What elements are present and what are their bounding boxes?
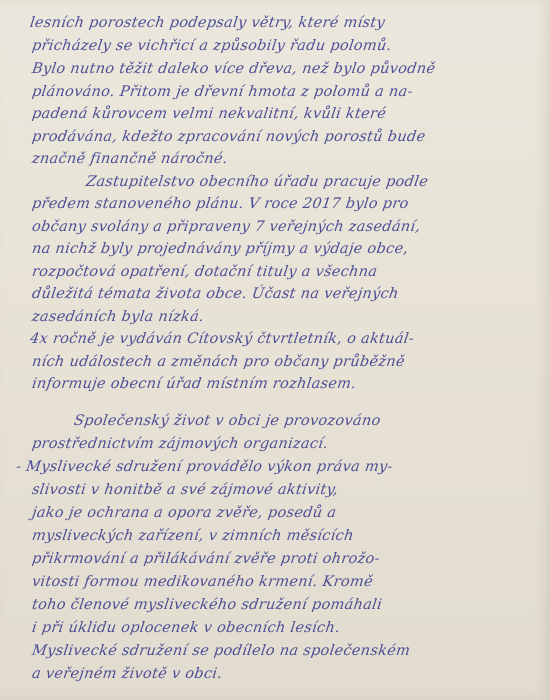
text-line: plánováno. Přitom je dřevní hmota z polo… bbox=[31, 83, 414, 101]
text-line: rozpočtová opatření, dotační tituly a vš… bbox=[31, 263, 379, 281]
document-page: lesních porostech podepsaly větry, které… bbox=[0, 0, 550, 700]
text-line: mysliveckých zařízení, v zimních měsícíc… bbox=[31, 527, 355, 545]
text-line: jako je ochrana a opora zvěře, posedů a bbox=[31, 504, 338, 522]
text-line: toho členové mysliveckého sdružení pomáh… bbox=[31, 596, 384, 614]
text-line: vitosti formou medikovaného krmení. Krom… bbox=[31, 573, 374, 591]
text-line: i při úklidu oplocenek v obecních lesích… bbox=[31, 619, 341, 637]
text-line: přicházely se vichřicí a způsobily řadu … bbox=[31, 37, 393, 55]
text-line: na nichž byly projednávány příjmy a výda… bbox=[31, 240, 410, 258]
text-line: Myslivecké sdružení se podílelo na spole… bbox=[31, 642, 412, 660]
text-line: zasedáních byla nízká. bbox=[31, 308, 205, 326]
text-line: občany svolány a připraveny 7 veřejných … bbox=[31, 218, 422, 236]
text-line: Společenský život v obci je provozováno bbox=[73, 412, 382, 430]
text-line: prodávána, kdežto zpracování nových poro… bbox=[31, 128, 427, 146]
text-line: přikrmování a přilákávání zvěře proti oh… bbox=[31, 550, 381, 568]
text-line: Bylo nutno těžit daleko více dřeva, než … bbox=[31, 60, 437, 78]
text-line: 4x ročně je vydáván Cítovský čtvrtletník… bbox=[29, 330, 415, 348]
text-line: prostřednictvím zájmových organizací. bbox=[31, 435, 330, 453]
text-line: slivosti v honitbě a své zájmové aktivit… bbox=[31, 481, 340, 499]
text-line: značně finančně náročné. bbox=[31, 150, 229, 168]
text-line: důležitá témata života obce. Účast na ve… bbox=[31, 285, 400, 303]
text-line: padená kůrovcem velmi nekvalitní, kvůli … bbox=[31, 105, 388, 123]
text-line: informuje obecní úřad místním rozhlasem. bbox=[31, 375, 358, 393]
text-line: ních událostech a změnách pro občany prů… bbox=[31, 353, 406, 371]
text-line: - Myslivecké sdružení provádělo výkon pr… bbox=[15, 458, 394, 476]
text-line: a veřejném životě v obci. bbox=[31, 665, 224, 683]
text-line: předem stanoveného plánu. V roce 2017 by… bbox=[31, 195, 410, 213]
text-line: lesních porostech podepsaly větry, které… bbox=[29, 14, 386, 32]
text-line: Zastupitelstvo obecního úřadu pracuje po… bbox=[85, 173, 430, 191]
